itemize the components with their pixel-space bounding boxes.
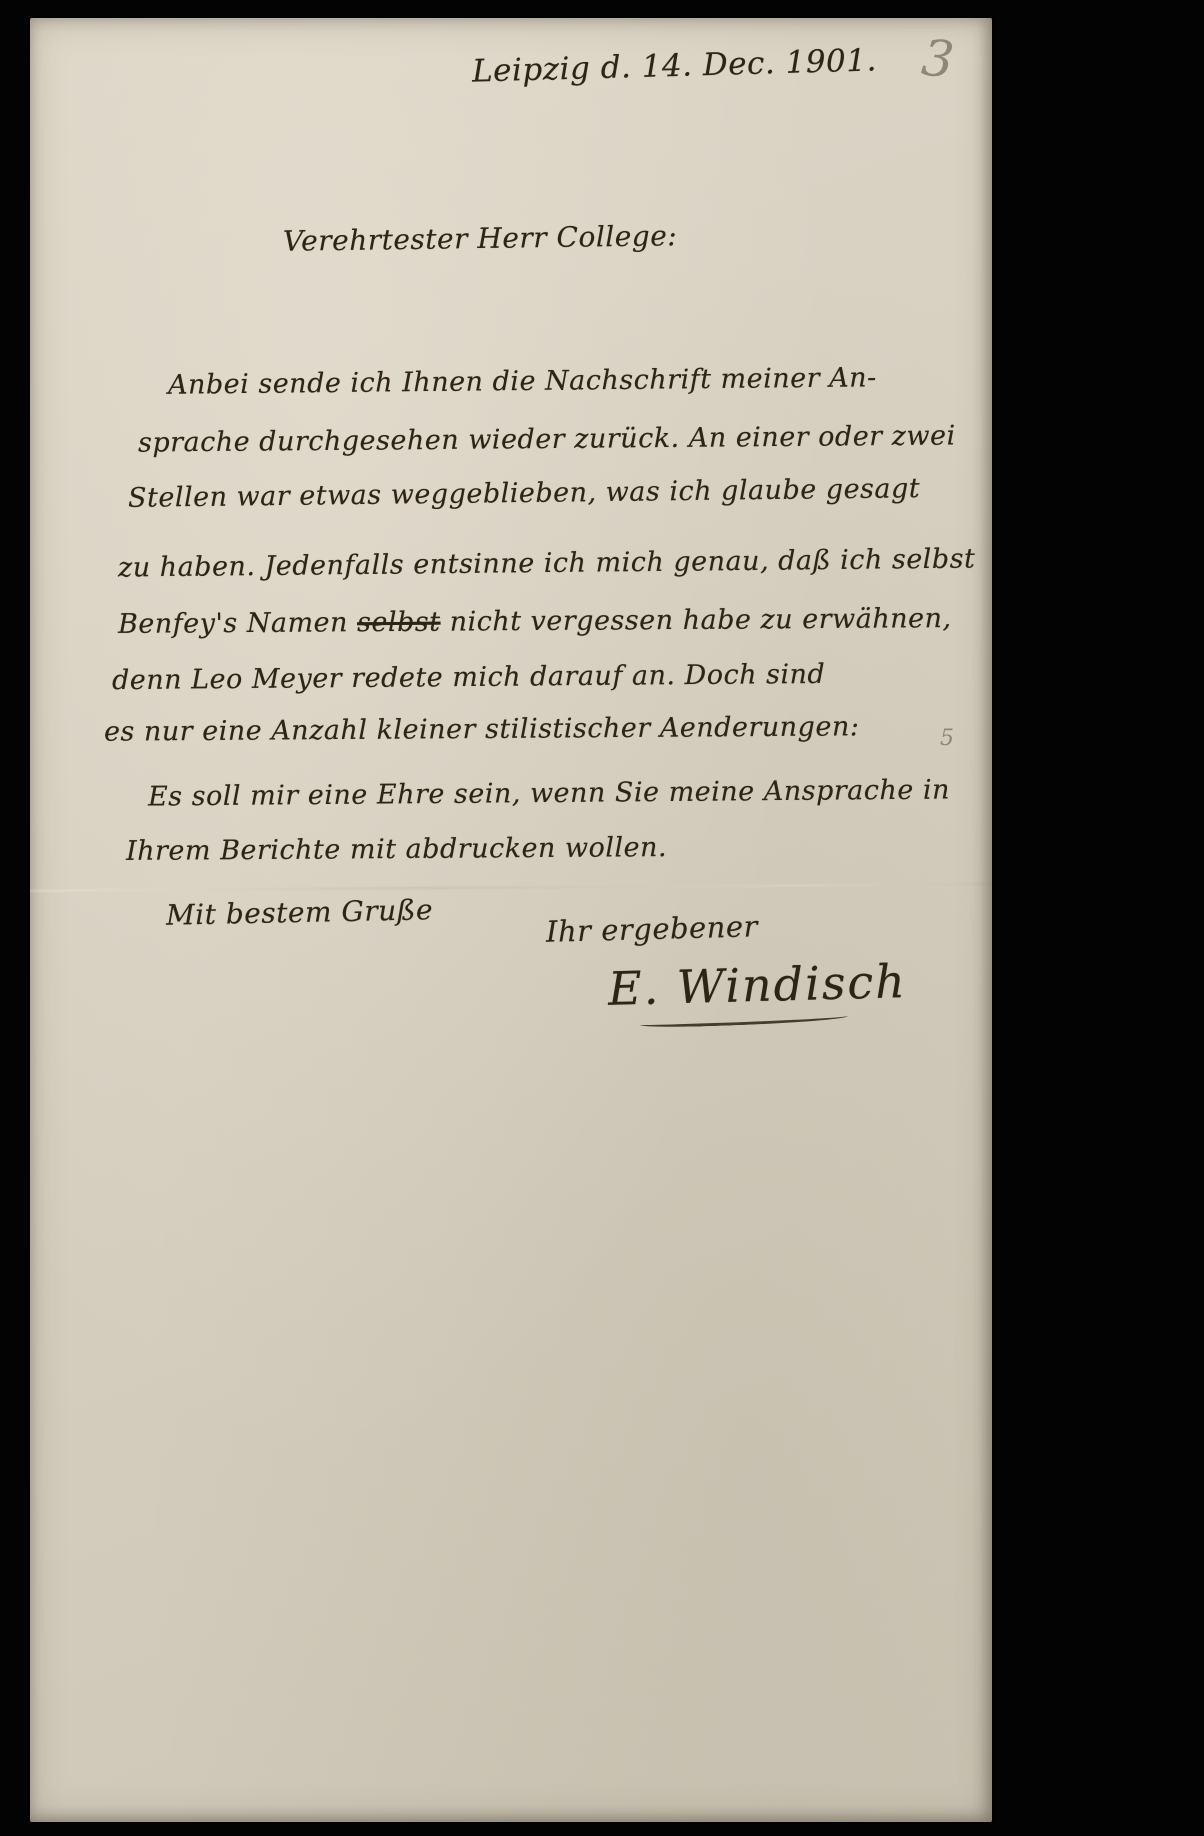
body-line: Ihrem Berichte mit abdrucken wollen. bbox=[126, 832, 667, 867]
pencil-margin-number: 5 bbox=[940, 726, 954, 751]
signature: E. Windisch bbox=[607, 954, 907, 1016]
body-line: denn Leo Meyer redete mich darauf an. Do… bbox=[112, 659, 826, 696]
closing-formula: Mit bestem Gruße bbox=[166, 893, 434, 932]
paper-crease bbox=[30, 883, 992, 893]
valediction: Ihr ergebener bbox=[546, 909, 759, 949]
body-line-segment: nicht vergessen habe zu erwähnen, bbox=[440, 603, 951, 638]
struck-out-word: selbst bbox=[357, 607, 441, 639]
letter-scan: Leipzig d. 14. Dec. 1901. 3 5 Verehrtest… bbox=[0, 0, 1204, 1836]
body-line-segment: Benfey's Namen bbox=[118, 607, 357, 640]
salutation: Verehrtester Herr College: bbox=[283, 219, 678, 258]
body-line: es nur eine Anzahl kleiner stilistischer… bbox=[104, 711, 860, 747]
pencil-page-number: 3 bbox=[919, 28, 957, 89]
body-line-with-strikethrough: Benfey's Namen selbst nicht vergessen ha… bbox=[118, 603, 952, 640]
